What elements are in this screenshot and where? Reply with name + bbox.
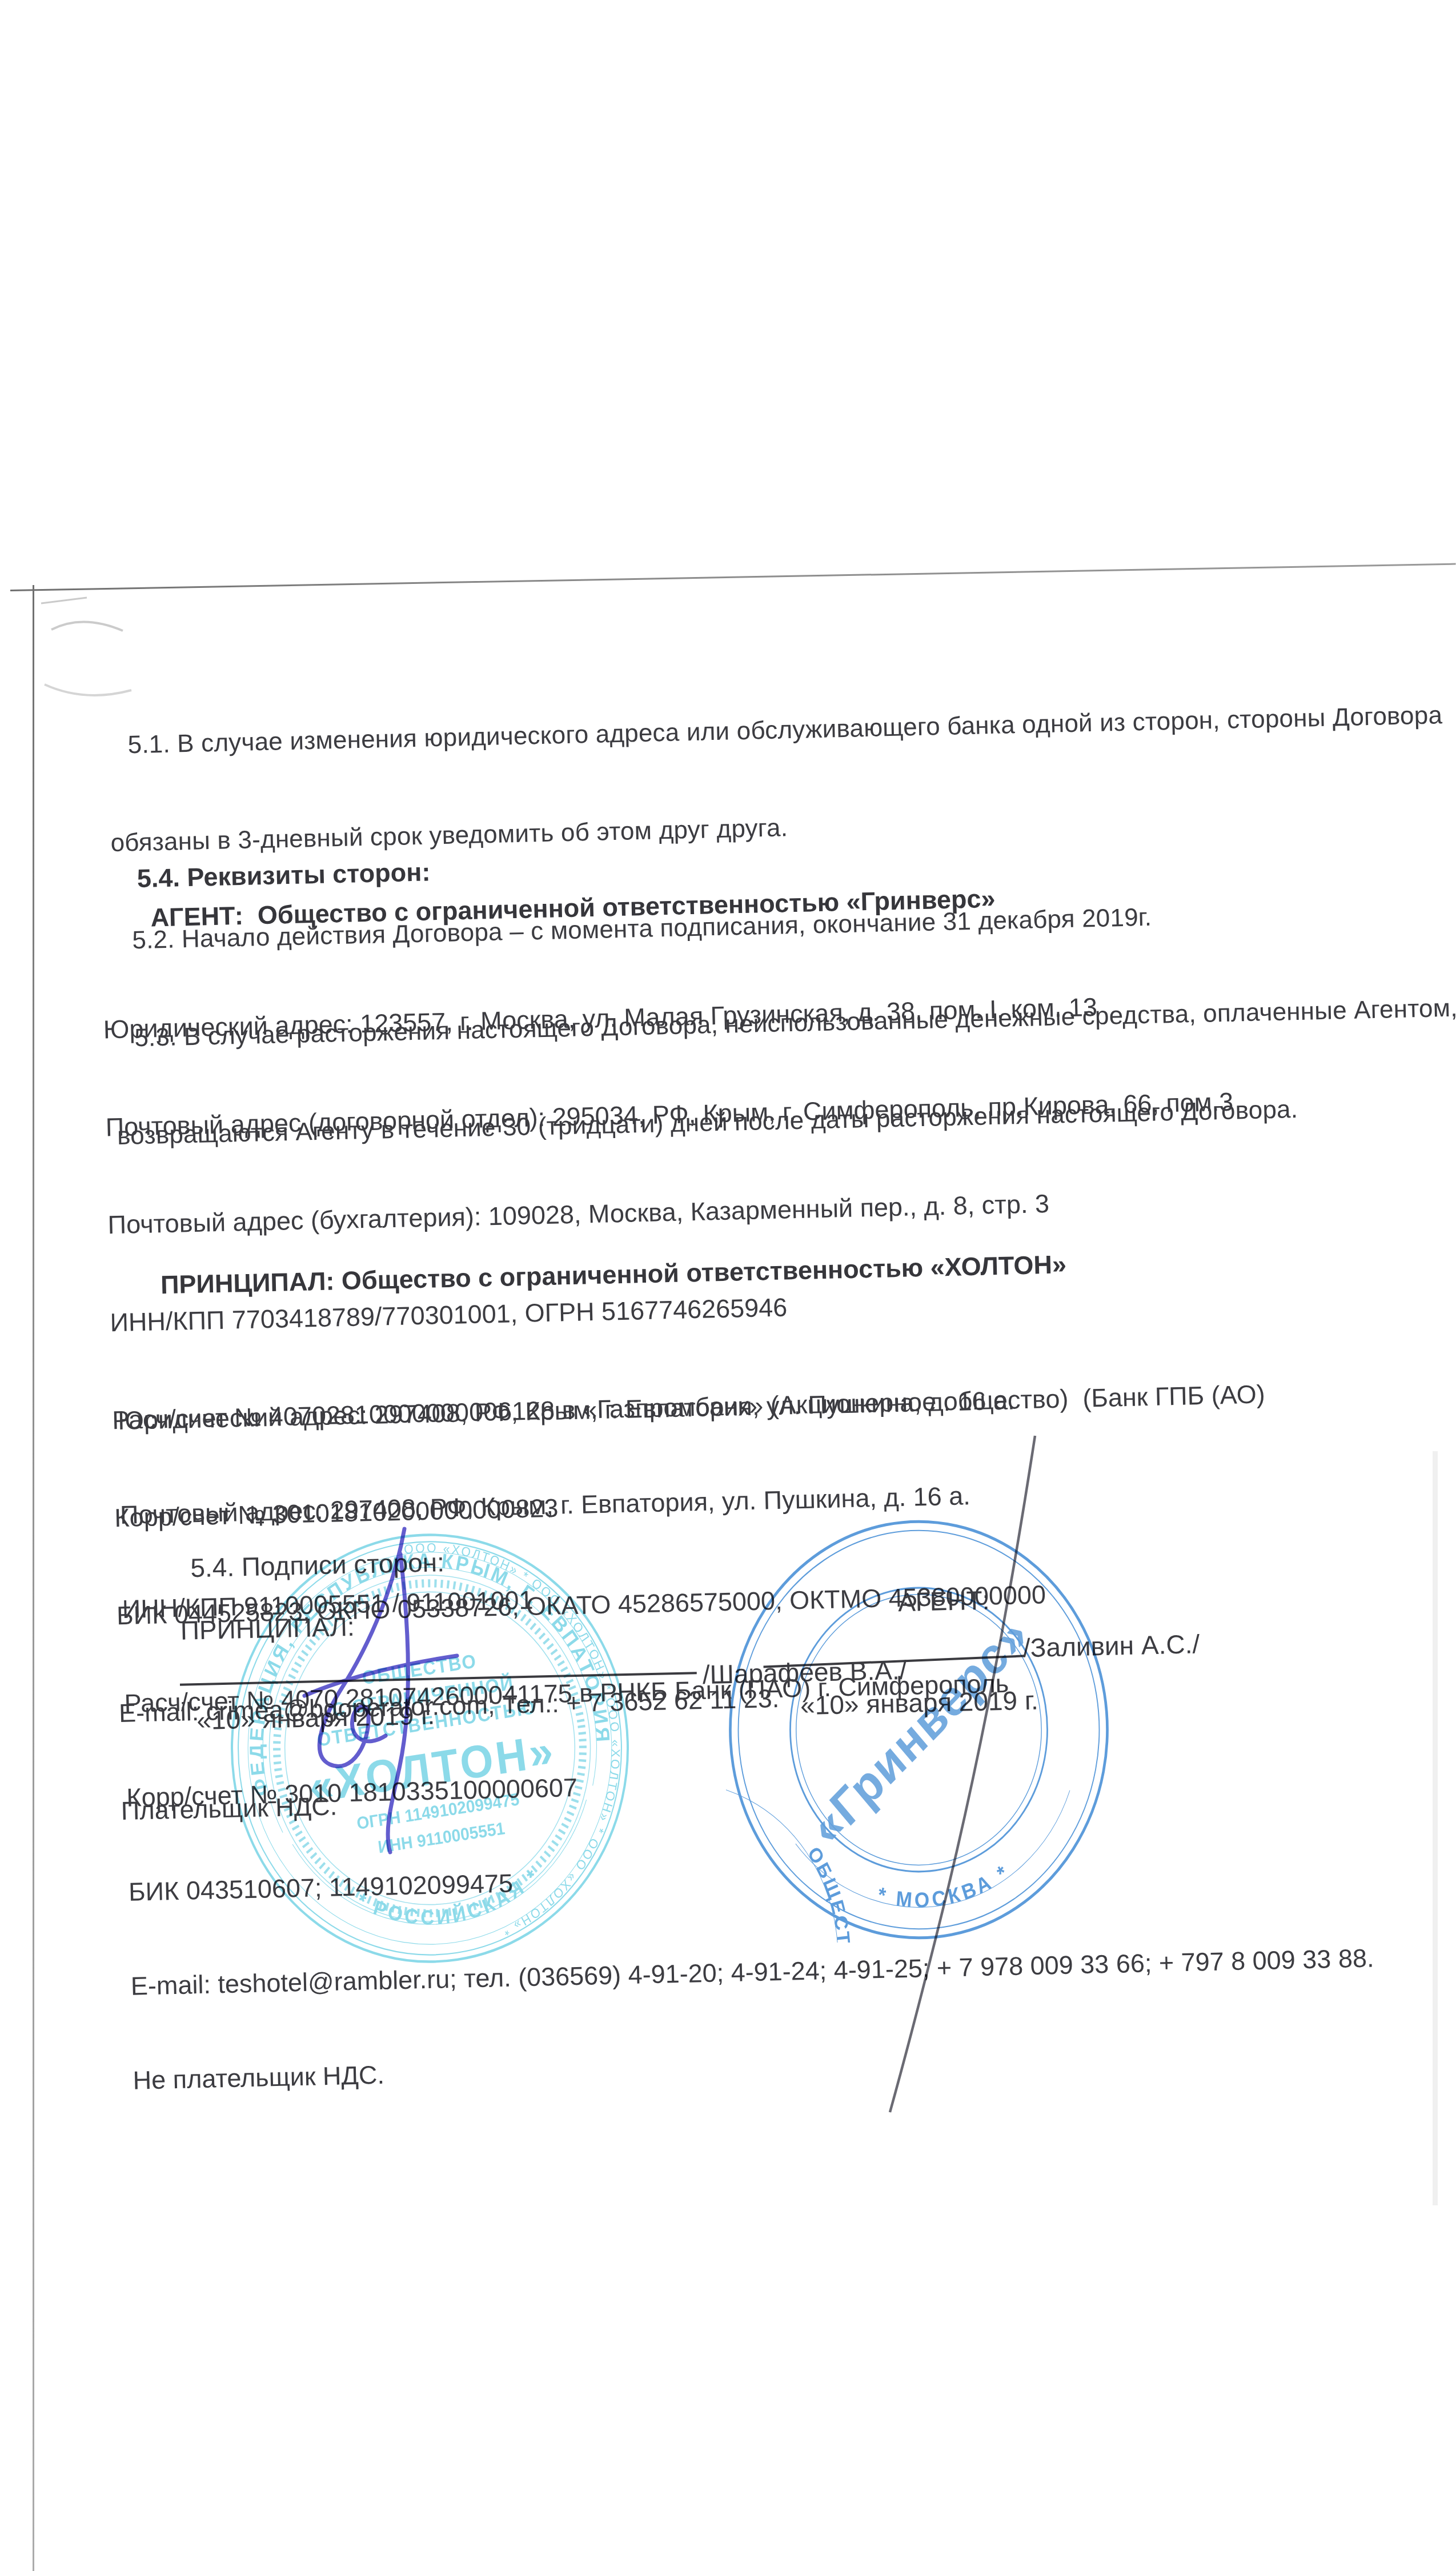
principal-vat-status: Не плательщик НДС. [133, 2036, 1377, 2096]
agent-legal-address: Юридический адрес: 123557, г. Москва, ул… [103, 987, 1256, 1046]
agent-signature-pen-stroke [845, 1431, 1051, 2117]
principal-signature-ink [283, 1520, 471, 1857]
principal-legal-address: Юридический адрес: 297408, РФ, Крым, г. … [118, 1377, 1362, 1436]
document-text-layer: 5.1. В случае изменения юридического адр… [0, 0, 1456, 2571]
agent-postal-address-accounting: Почтовый адрес (бухгалтерия): 109028, Мо… [107, 1183, 1261, 1242]
scanned-contract-page: 5.1. В случае изменения юридического адр… [0, 0, 1456, 2571]
clause-5-1-line2: обязаны в 3-дневный срок уведомить об эт… [110, 796, 1454, 859]
clause-5-1-line1: 5.1. В случае изменения юридического адр… [108, 699, 1451, 762]
agent-postal-address-contract: Почтовый адрес (договорной отдел): 29503… [105, 1085, 1258, 1144]
